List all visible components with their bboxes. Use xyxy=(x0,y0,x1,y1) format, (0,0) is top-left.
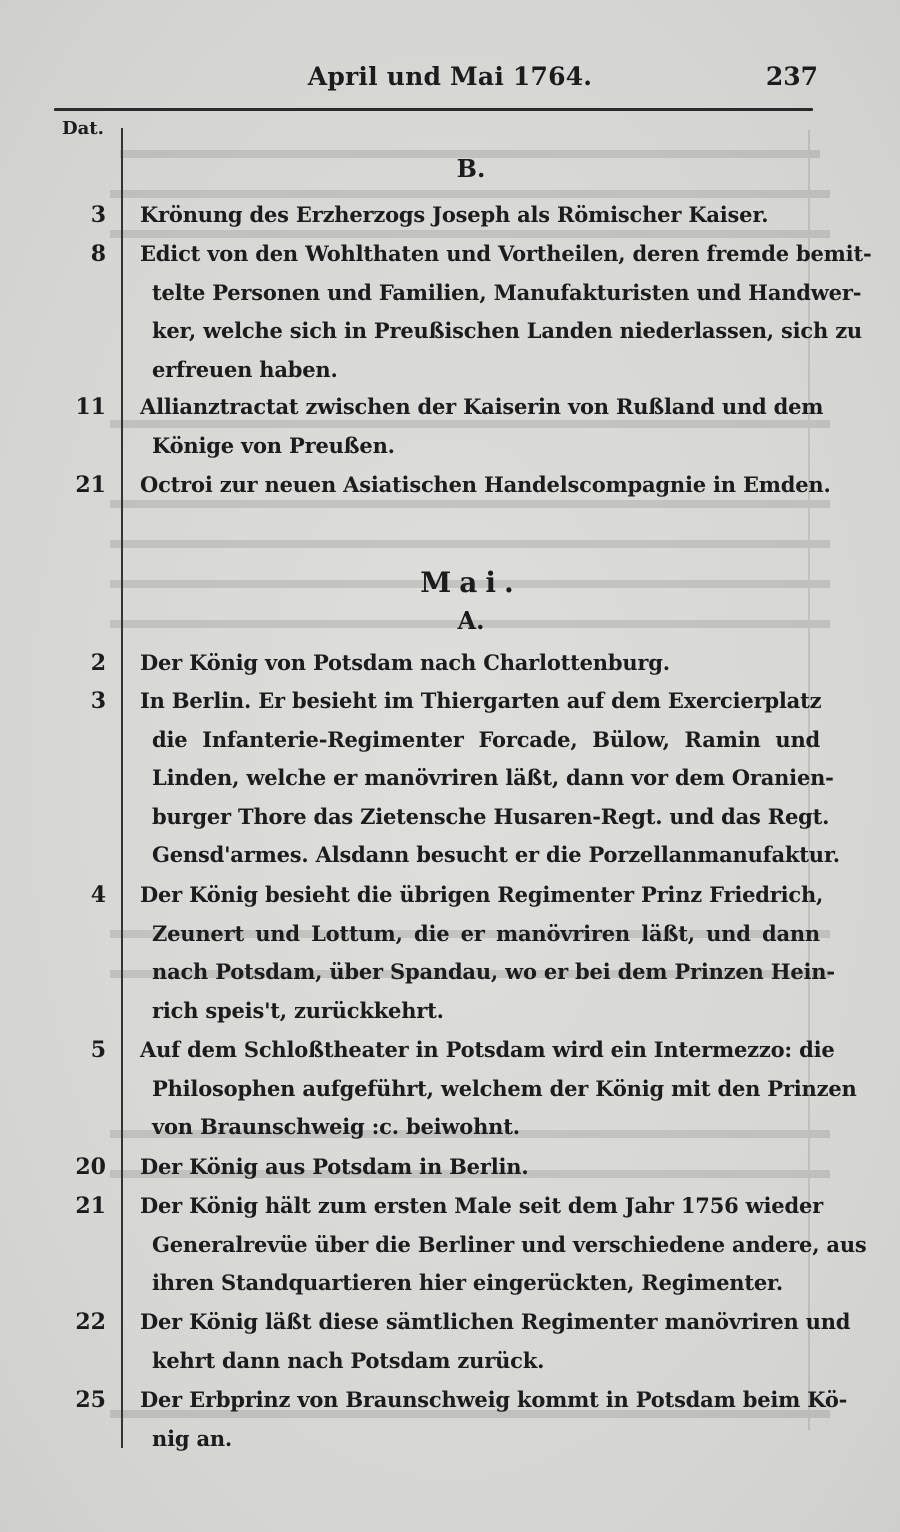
entry-text: Der Erbprinz von Braunschweig kommt in P… xyxy=(140,1381,820,1458)
entry-text: Der König besieht die übrigen Regimenter… xyxy=(140,876,820,1030)
entry-line: nig an. xyxy=(140,1420,820,1459)
entry-day: 4 xyxy=(91,876,106,914)
entry-line: Philosophen aufgeführt, welchem der Köni… xyxy=(140,1070,820,1109)
scanned-book-page: April und Mai 1764. 237 Dat. B. 3 Krönun… xyxy=(0,0,900,1532)
entry-line: die Infanterie-Regimenter Forcade, Bülow… xyxy=(140,721,820,760)
date-column-divider xyxy=(121,128,123,1448)
entry-day: 3 xyxy=(91,682,106,720)
entry-day: 11 xyxy=(75,388,106,426)
entry-text: Der König läßt diese sämtlichen Regiment… xyxy=(140,1303,820,1380)
entry-day: 3 xyxy=(91,196,106,234)
entry-line: rich speis't, zurückkehrt. xyxy=(140,992,820,1031)
entry-text: Auf dem Schloßtheater in Potsdam wird ei… xyxy=(140,1031,820,1147)
entry-text: In Berlin. Er besieht im Thiergarten auf… xyxy=(140,682,820,875)
entry-line: Der König aus Potsdam in Berlin. xyxy=(140,1148,820,1187)
entry-day: 2 xyxy=(91,644,106,682)
entry-line: Der Erbprinz von Braunschweig kommt in P… xyxy=(140,1381,820,1420)
entry-line: telte Personen und Familien, Manufakturi… xyxy=(140,274,820,313)
entry-line: burger Thore das Zietensche Husaren-Regt… xyxy=(140,798,820,837)
date-column-label: Dat. xyxy=(62,118,104,139)
entry-line: Könige von Preußen. xyxy=(140,427,820,466)
entry-day: 21 xyxy=(75,1187,106,1225)
entry-day: 22 xyxy=(75,1303,106,1341)
entry-line: Allianztractat zwischen der Kaiserin von… xyxy=(140,388,820,427)
section-heading-a: A. xyxy=(121,606,821,635)
page-header: April und Mai 1764. 237 xyxy=(0,58,900,98)
entry-line: nach Potsdam, über Spandau, wo er bei de… xyxy=(140,953,820,992)
header-rule xyxy=(54,108,813,111)
entry-line: ihren Standquartieren hier eingerückten,… xyxy=(140,1264,820,1303)
entry-day: 20 xyxy=(75,1148,106,1186)
entry-line: Zeunert und Lottum, die er manövriren lä… xyxy=(140,915,820,954)
entry-day: 8 xyxy=(91,235,106,273)
entry-line: Krönung des Erzherzogs Joseph als Römisc… xyxy=(140,196,820,235)
entry-line: ker, welche sich in Preußischen Landen n… xyxy=(140,312,820,351)
section-heading-b: B. xyxy=(121,154,821,183)
entry-line: erfreuen haben. xyxy=(140,351,820,390)
entry-text: Edict von den Wohlthaten und Vortheilen,… xyxy=(140,235,820,389)
entry-text: Krönung des Erzherzogs Joseph als Römisc… xyxy=(140,196,820,235)
entry-line: Der König läßt diese sämtlichen Regiment… xyxy=(140,1303,820,1342)
entry-line: kehrt dann nach Potsdam zurück. xyxy=(140,1342,820,1381)
entry-line: Auf dem Schloßtheater in Potsdam wird ei… xyxy=(140,1031,820,1070)
page-number: 237 xyxy=(766,62,818,91)
entry-text: Der König von Potsdam nach Charlottenbur… xyxy=(140,644,820,683)
entry-line: Der König von Potsdam nach Charlottenbur… xyxy=(140,644,820,683)
entry-line: Generalrevüe über die Berliner und versc… xyxy=(140,1226,820,1265)
entry-line: Der König hält zum ersten Male seit dem … xyxy=(140,1187,820,1226)
entry-text: Der König aus Potsdam in Berlin. xyxy=(140,1148,820,1187)
entry-line: Gensd'armes. Alsdann besucht er die Porz… xyxy=(140,836,820,875)
entry-line: Der König besieht die übrigen Regimenter… xyxy=(140,876,820,915)
entry-text: Der König hält zum ersten Male seit dem … xyxy=(140,1187,820,1303)
entry-line: In Berlin. Er besieht im Thiergarten auf… xyxy=(140,682,820,721)
entry-day: 25 xyxy=(75,1381,106,1419)
entry-day: 5 xyxy=(91,1031,106,1069)
entry-line: Linden, welche er manövriren läßt, dann … xyxy=(140,759,820,798)
entry-text: Allianztractat zwischen der Kaiserin von… xyxy=(140,388,820,465)
entry-line: von Braunschweig :c. beiwohnt. xyxy=(140,1108,820,1147)
month-heading-mai: Mai. xyxy=(121,566,821,599)
entry-line: Octroi zur neuen Asiatischen Handelscomp… xyxy=(140,466,820,505)
entry-line: Edict von den Wohlthaten und Vortheilen,… xyxy=(140,235,820,274)
entry-text: Octroi zur neuen Asiatischen Handelscomp… xyxy=(140,466,820,505)
entry-day: 21 xyxy=(75,466,106,504)
